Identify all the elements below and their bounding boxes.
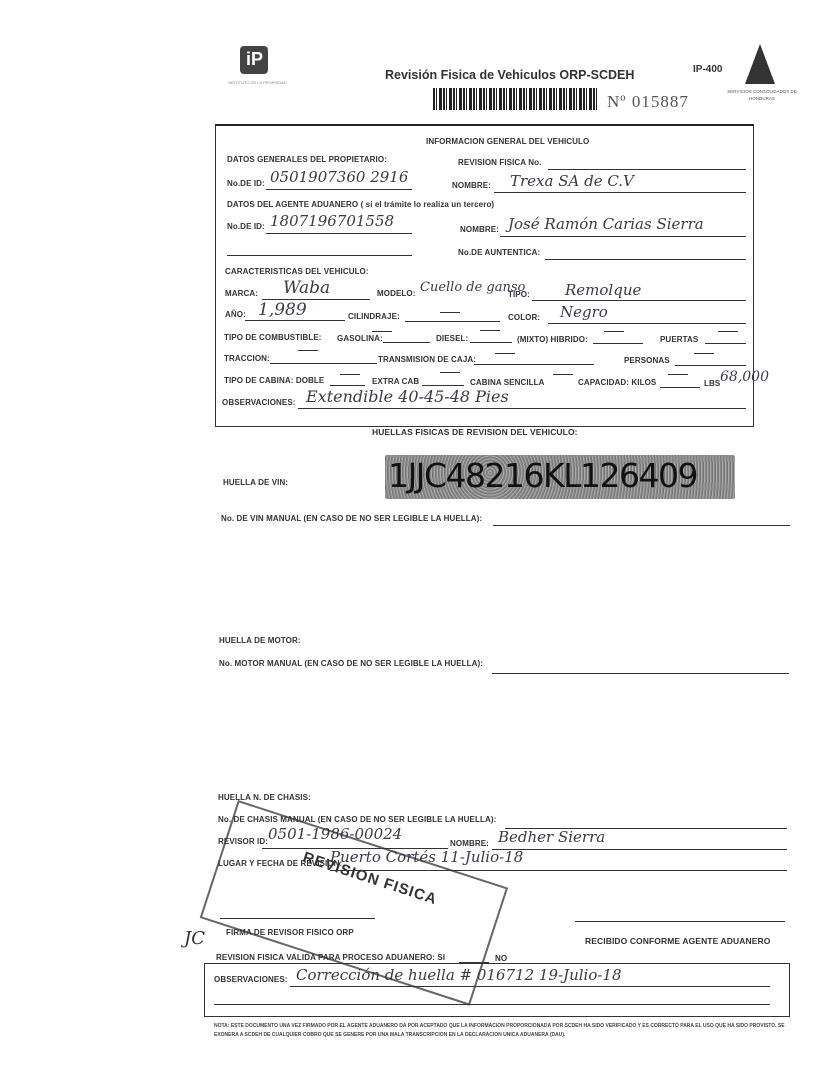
cilindraje-dash (440, 312, 460, 313)
owner-name-underline (494, 192, 746, 193)
building-logo-icon (745, 44, 775, 84)
diesel-underline (470, 342, 512, 343)
form-title: Revisión Fisica de Vehiculos ORP-SCDEH (385, 68, 634, 82)
cabina-sencilla-label: CABINA SENCILLA (470, 378, 545, 387)
revision-no-label: REVISION FISICA No. (458, 158, 541, 167)
vin-label: HUELLA DE VIN: (223, 478, 288, 487)
motor-manual-label: No. MOTOR MANUAL (EN CASO DE NO SER LEGI… (219, 659, 483, 668)
traccion-dash (298, 350, 318, 351)
owner-id-label: No.DE ID: (227, 179, 265, 188)
color-value[interactable]: Negro (560, 303, 608, 321)
vehicle-section-label: CARACTERISTICAS DEL VEHICULO: (225, 267, 369, 276)
autentica-label: No.DE AUNTENTICA: (458, 248, 540, 257)
revisor-name-label: NOMBRE: (450, 839, 489, 848)
extra-cab-underline (422, 385, 464, 386)
transmision-dash (495, 353, 515, 354)
revisor-name-underline (492, 849, 787, 850)
recibido-agente-label: RECIBIDO CONFORME AGENTE ADUANERO (585, 936, 770, 946)
footer-observaciones-value[interactable]: Corrección de huella # 016712 19-Julio-1… (296, 966, 622, 984)
transmision-label: TRANSMISION DE CAJA: (378, 355, 476, 364)
diesel-dash (480, 330, 500, 331)
handwritten-initials: JC (184, 928, 205, 949)
revisor-name-value[interactable]: Bedher Sierra (498, 828, 605, 846)
hibrido-label: (MIXTO) HIBRIDO: (517, 335, 588, 344)
modelo-label: MODELO: (377, 289, 415, 298)
agent-name-underline (500, 236, 746, 237)
owner-section-label: DATOS GENERALES DEL PROPIETARIO: (227, 155, 387, 164)
agent-id-value[interactable]: 1807196701558 (270, 212, 394, 230)
observaciones-underline (298, 408, 746, 409)
tipo-label: TIPO: (508, 290, 530, 299)
owner-id-underline (266, 189, 412, 190)
puertas-underline (705, 343, 746, 344)
gasolina-underline (383, 342, 430, 343)
agent-name-value[interactable]: José Ramón Carias Sierra (508, 215, 704, 233)
capacidad-label: CAPACIDAD: KILOS (578, 378, 656, 387)
owner-name-value[interactable]: Trexa SA de C.V (510, 172, 634, 190)
revision-no-field[interactable] (548, 169, 746, 170)
valida-label: REVISION FISICA VALIDA PARA PROCESO ADUA… (216, 953, 445, 962)
personas-label: PERSONAS (624, 356, 670, 365)
scdh-logo-caption: SERVICIOS CONSOLIDADOS DE HONDURAS (722, 88, 802, 102)
cilindraje-underline (405, 321, 500, 322)
agent-name-label: NOMBRE: (460, 225, 499, 234)
revisor-signature-line (220, 918, 375, 919)
combustible-label: TIPO DE COMBUSTIBLE: (224, 333, 322, 342)
extra-cab-label: EXTRA CAB (372, 377, 419, 386)
hibrido-dash (604, 331, 624, 332)
color-label: COLOR: (508, 313, 540, 322)
tipo-value[interactable]: Remolque (565, 281, 641, 299)
firma-revisor-label: FIRMA DE REVISOR FISICO ORP (226, 928, 354, 937)
owner-id-value[interactable]: 0501907360 2916 (270, 168, 408, 186)
agent-id-underline (266, 233, 412, 234)
anio-underline (245, 320, 345, 321)
footer-obs-underline-2 (214, 1004, 770, 1005)
lbs-label: LBS (704, 379, 720, 388)
color-underline (548, 323, 746, 324)
diesel-label: DIESEL: (436, 334, 468, 343)
gasolina-label: GASOLINA: (337, 334, 383, 343)
ip-logo: iP (240, 46, 268, 74)
kilos-dash (668, 374, 688, 375)
folio-number: Nº 015887 (607, 92, 689, 112)
observaciones-label: OBSERVACIONES: (222, 398, 296, 407)
doble-dash (340, 374, 360, 375)
cilindraje-label: CILINDRAJE: (348, 312, 400, 321)
extra-cab-dash (440, 372, 460, 373)
agent-section-label: DATOS DEL AGENTE ADUANERO ( si el trámit… (227, 200, 494, 209)
anio-value[interactable]: 1,989 (258, 300, 307, 320)
kilos-underline (660, 387, 700, 388)
traccion-underline (270, 363, 377, 364)
vin-manual-label: No. DE VIN MANUAL (EN CASO DE NO SER LEG… (221, 514, 482, 523)
hibrido-underline (593, 343, 643, 344)
vin-manual-field[interactable] (493, 525, 790, 526)
sencilla-dash (553, 374, 573, 375)
observaciones-value[interactable]: Extendible 40-45-48 Pies (306, 387, 509, 406)
section-title-general: INFORMACION GENERAL DEL VEHICULO (426, 137, 589, 146)
personas-underline (675, 365, 746, 366)
gasolina-dash (372, 331, 392, 332)
puertas-dash (718, 331, 738, 332)
owner-name-label: NOMBRE: (452, 181, 491, 190)
doble-underline (330, 385, 365, 386)
lbs-value[interactable]: 68,000 (720, 369, 769, 385)
agent-id-label: No.DE ID: (227, 222, 265, 231)
legal-note: NOTA: ESTE DOCUMENTO UNA VEZ FIRMADO POR… (214, 1022, 794, 1040)
barcode (433, 88, 597, 110)
cabina-label: TIPO DE CABINA: DOBLE (224, 376, 324, 385)
puertas-label: PUERTAS (660, 335, 698, 344)
motor-label: HUELLA DE MOTOR: (219, 636, 301, 645)
agente-signature-line (575, 921, 785, 922)
form-code: IP-400 (693, 64, 722, 75)
personas-dash (694, 353, 714, 354)
transmision-underline (474, 364, 594, 365)
marca-label: MARCA: (225, 289, 258, 298)
vin-value: 1JJC48216KL126409 (388, 456, 697, 495)
motor-manual-field[interactable] (492, 673, 789, 674)
tipo-underline (532, 300, 746, 301)
blank-line (227, 255, 412, 256)
traccion-label: TRACCION: (224, 354, 270, 363)
anio-label: AÑO: (225, 310, 246, 319)
footer-obs-underline-1 (290, 986, 770, 987)
autentica-field[interactable] (545, 259, 746, 260)
huellas-section-title: HUELLAS FISICAS DE REVISION DEL VEHICULO… (372, 427, 578, 437)
ip-logo-caption: INSTITUTO DE LA PROPIEDAD (225, 80, 290, 85)
marca-value[interactable]: Waba (283, 278, 330, 298)
chasis-label: HUELLA N. DE CHASIS: (218, 793, 311, 802)
valida-no-label: NO (495, 954, 507, 963)
footer-observaciones-label: OBSERVACIONES: (214, 975, 288, 984)
